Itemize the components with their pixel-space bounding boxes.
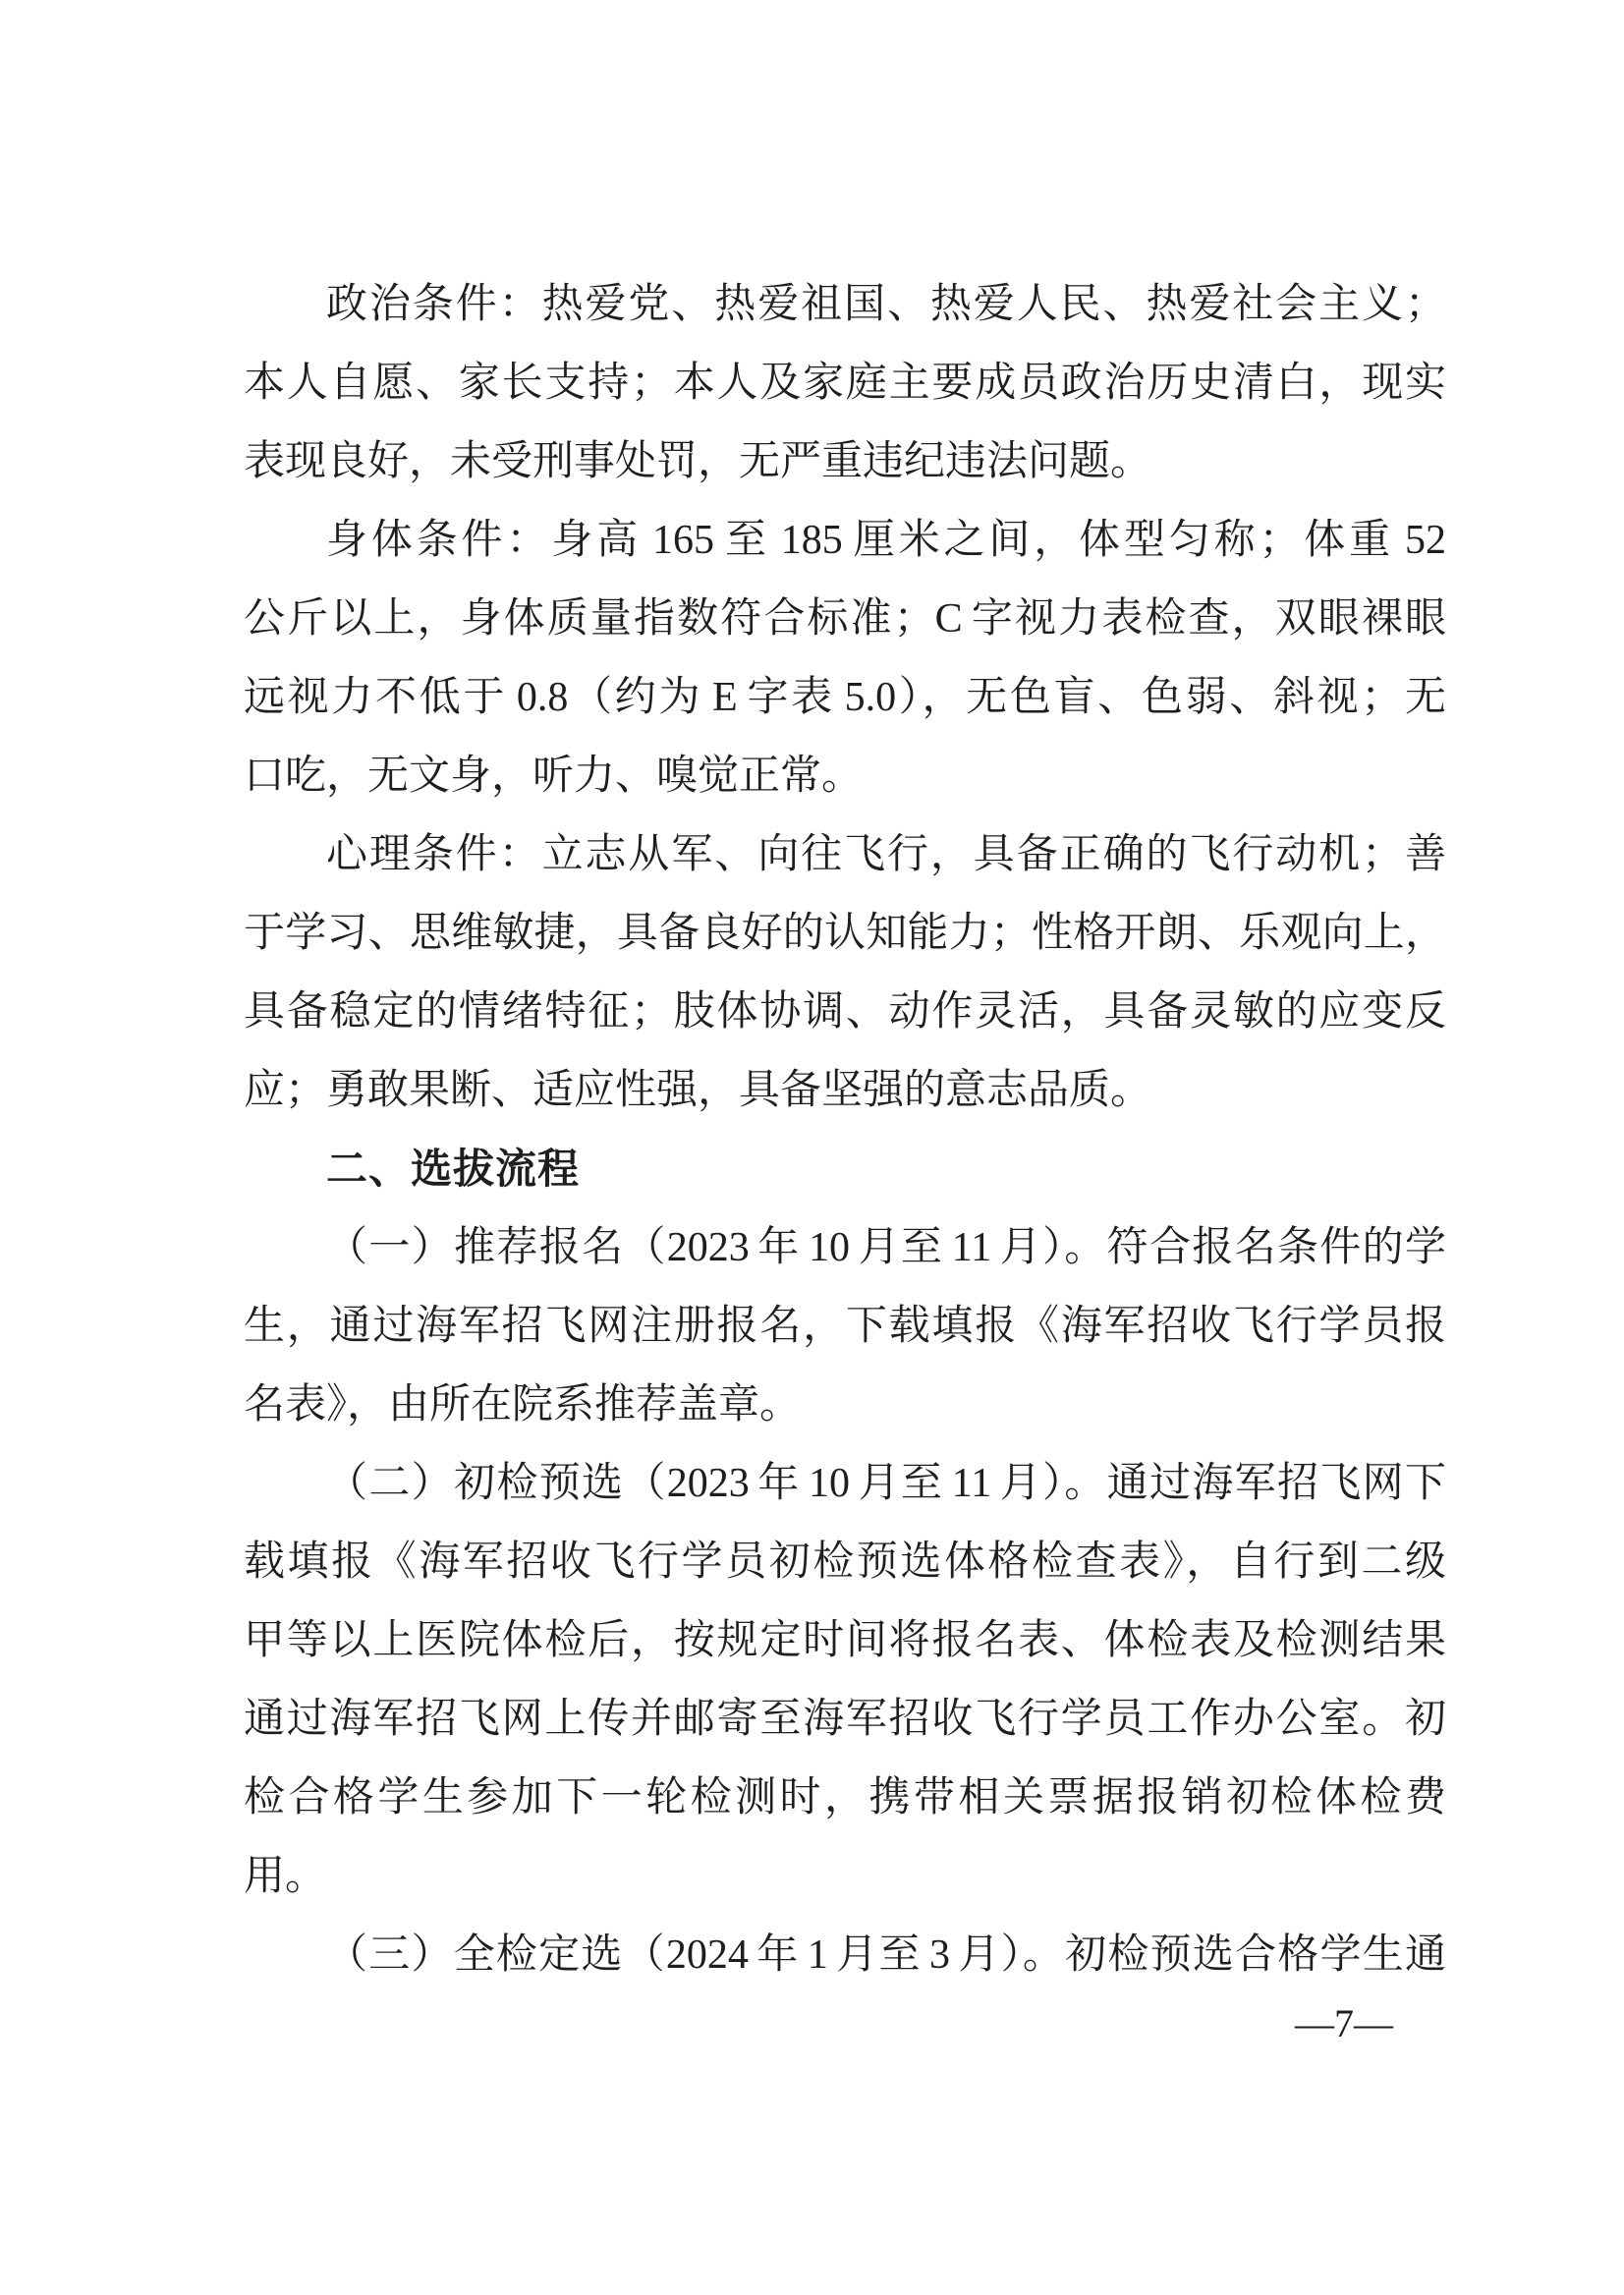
text-line: 名表》，由所在院系推荐盖章。 (244, 1366, 1446, 1444)
document-body: 政治条件：热爱党、热爱祖国、热爱人民、热爱社会主义；本人自愿、家长支持；本人及家… (244, 265, 1446, 1994)
text-line: 于学习、思维敏捷，具备良好的认知能力；性格开朗、乐观向上， (244, 894, 1446, 973)
text-line: 通过海军招飞网上传并邮寄至海军招收飞行学员工作办公室。初 (244, 1680, 1446, 1759)
page-number: —7— (1295, 2002, 1393, 2045)
text-line: 应；勇敢果断、适应性强，具备坚强的意志品质。 (244, 1051, 1446, 1130)
text-line: 心理条件：立志从军、向往飞行，具备正确的飞行动机；善 (244, 815, 1446, 894)
document-page: 政治条件：热爱党、热爱祖国、热爱人民、热爱社会主义；本人自愿、家长支持；本人及家… (0, 0, 1624, 2295)
text-line: 本人自愿、家长支持；本人及家庭主要成员政治历史清白，现实 (244, 344, 1446, 422)
text-line: 载填报《海军招收飞行学员初检预选体格检查表》，自行到二级 (244, 1523, 1446, 1601)
text-line: 生，通过海军招飞网注册报名，下载填报《海军招收飞行学员报 (244, 1287, 1446, 1366)
section-heading: 二、选拔流程 (244, 1130, 1446, 1208)
text-line: （二）初检预选（2023 年 10 月至 11 月）。通过海军招飞网下 (244, 1444, 1446, 1523)
text-line: 表现良好，未受刑事处罚，无严重违纪违法问题。 (244, 422, 1446, 501)
text-line: 公斤以上，身体质量指数符合标准；C 字视力表检查，双眼裸眼 (244, 580, 1446, 658)
text-line: 甲等以上医院体检后，按规定时间将报名表、体检表及检测结果 (244, 1601, 1446, 1680)
text-line: 用。 (244, 1837, 1446, 1916)
text-line: 身体条件：身高 165 至 185 厘米之间，体型匀称；体重 52 (244, 501, 1446, 580)
text-line: 远视力不低于 0.8（约为 E 字表 5.0），无色盲、色弱、斜视；无 (244, 658, 1446, 737)
text-line: 政治条件：热爱党、热爱祖国、热爱人民、热爱社会主义； (244, 265, 1446, 344)
text-line: （三）全检定选（2024 年 1 月至 3 月）。初检预选合格学生通 (244, 1916, 1446, 1994)
text-line: 口吃，无文身，听力、嗅觉正常。 (244, 737, 1446, 815)
text-line: 具备稳定的情绪特征；肢体协调、动作灵活，具备灵敏的应变反 (244, 973, 1446, 1051)
text-line: 检合格学生参加下一轮检测时，携带相关票据报销初检体检费 (244, 1759, 1446, 1837)
text-line: （一）推荐报名（2023 年 10 月至 11 月）。符合报名条件的学 (244, 1208, 1446, 1287)
